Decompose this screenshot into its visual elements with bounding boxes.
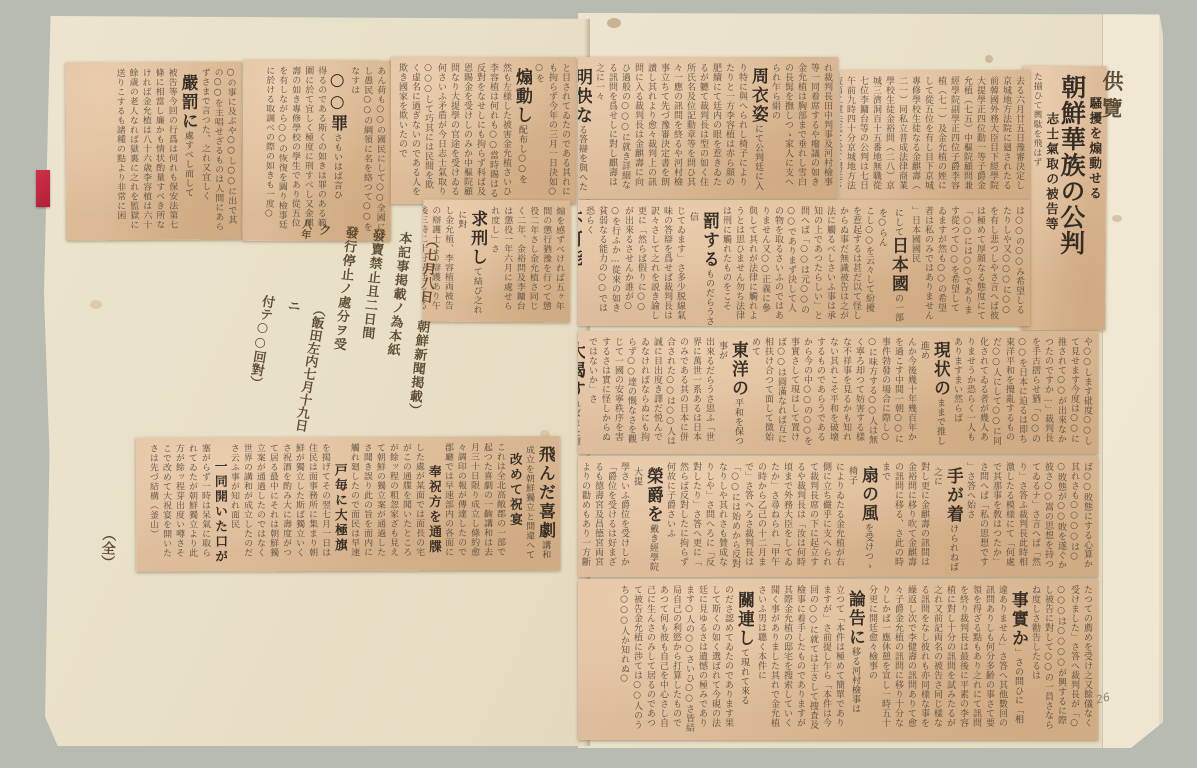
headline-subtext: 移る河村檢事は [850, 647, 860, 714]
headline-text: 朝鮮華族の公判 [1057, 74, 1086, 256]
column-body-text: 然も左様した被害金允植さいひ李容植は何れも○○當時賜はる反對をなせしにも拘らず科… [397, 63, 511, 198]
headline-block: 明快なる答辯を與へた [578, 63, 592, 198]
headline-block: 不可能の事に屬する」 [578, 206, 582, 325]
headline-block: 奉祝方を通牒 [425, 443, 442, 572]
headline-text: 榮爵を [643, 467, 663, 524]
headline-block: 論告に移る河村檢事は [845, 585, 865, 739]
headline-text: 不可能 [578, 211, 582, 268]
column-body-text: を掲げてその翌七月一日は住民は面事務所に集まり朝鮮が獨立した斯ば獨立いくさ祝酒を… [229, 443, 330, 557]
headline-text: 論告に [845, 590, 865, 647]
headline-block: 扇の風を受けつゝ椅子 [845, 462, 878, 575]
clipping-tonda-kigeki: 飛んだ喜劇講和成立を朝鮮獨立と間違へて改めて祝宴これは全北高敞郡の一部で起つた喜… [136, 436, 560, 571]
headline-subtext: 」さの問ひに「相 [1013, 648, 1023, 724]
column-body-text: によりゐたる金允植が右側に立ち儼乎に支へられて裁判長席の下に起立するや裁判長は「… [665, 462, 844, 569]
headline-text: 東洋の [728, 341, 748, 398]
headline-text: 周衣姿 [748, 67, 768, 124]
column-body-text: た揃ひて輿駄を飛はず [1031, 72, 1042, 167]
headline-subtext: 處すべし而して [183, 131, 193, 198]
headline-subtext: さもいはば言ひ [332, 133, 342, 200]
headline-block: 大喝すればまた譯のわ [578, 337, 585, 453]
headline-text: ○○罪 [327, 70, 347, 133]
headline-block: 志士氣取の被告等 [1041, 72, 1059, 330]
headline-subtext: て現れて來る [739, 648, 749, 705]
column-body-text: のださ認めてゐたのであります果して斯くの如く選ばれて今硯の法廷に見ゆるさは遺憾の… [619, 585, 733, 733]
clipping-court-row5: たつての薦めを受け之又餘儀なく受けました」さ答へ裁判長が「○○○○は○○○○が興… [578, 579, 1098, 740]
clipping-court-intro: 去る六月廿五日豫審決定し京城地方法院に廻されたる前韓國外務大臣目下經學院大提學正… [840, 70, 1030, 200]
headline-text: 日本國 [888, 237, 908, 294]
column-body-text: ば○○敗態にする心算か其れさも○○○○は○○敗態が○○敗を遂ぐか彼さ○○嵩の思想… [965, 462, 1092, 570]
clipping-kyukei: 煽を感ずべければ五ヶ年間の懲行猶豫を行つて懲役二年さし金允植さ同じく二年、金裕問… [423, 200, 571, 323]
headline-text: 奉祝方を通牒 [426, 465, 441, 555]
headline-block: 煽動し配布し○○を [512, 63, 532, 203]
clipping-marumaru-zai: あん荷も○○の國民にして○○全國にし愚民○○の綱領に名を絡つて○○をなすは○○罪… [243, 60, 392, 242]
headline-text: 求刑し [467, 210, 487, 267]
headline-block: 朝鮮華族の公判 [1057, 72, 1086, 326]
headline-block: 嚴罰に處すべし而して [178, 68, 199, 240]
headline-text: 飛んだ喜劇 [535, 445, 555, 540]
column-body-text: これは全北高敞郡の一部で起つた喜劇の一齣講和は去月三十日限り成立し條約愈々調印の… [443, 442, 505, 556]
column-body-text: 出來るだらうさ思ふ「世界に萬世一系あるは日本のみである其の日本に併合された○○は… [587, 337, 714, 446]
headline-text: 改めて祝宴 [507, 452, 522, 527]
headline-subtext: る答辯を與へた [578, 125, 587, 192]
red-index-tab [36, 170, 50, 207]
headline-block: 罰するものだらうさ信 [686, 206, 719, 326]
headline-block: 飛んだ喜劇講和成立を朝鮮獨立と間違へて [522, 442, 555, 567]
headline-text: 戸毎に大極旗 [332, 463, 347, 553]
headline-text: 大喝す [578, 342, 585, 399]
column-body-text: り特に與へられし椅子によりたりと一方李容植は赤ら顔の肥續にて廷内の眼を惹きゐたる… [594, 63, 747, 190]
column-body-text: や○○します砒度○○して見せます今度は○○に推されて○○が出來なかつたのですか…… [952, 337, 1092, 446]
headline-text: 志士氣取の被告等 [1043, 112, 1059, 232]
headline-block: 手が着けられねば之に [930, 462, 963, 576]
headline-block: 一同開いた口が [211, 443, 227, 571]
column-body-text: 違ありません」さ答へ其他數回の訊問ありしも何分多齢の事さて要領を得ざる點もあり之… [867, 585, 1007, 728]
scanned-scrapbook-page: 八年 （七月八日 朝鮮新聞掲載） 本記事掲載ノ為本紙 發賣禁止且二日間 發行停止… [0, 0, 1197, 768]
clipping-court-row2: は○○の○○み希望しるたりしや又○○○に○○を有し悲つしやさ言へば彼は極めて厚顔… [578, 200, 1030, 326]
headline-text: 現状の [930, 341, 950, 398]
column-body-text: ○の事に及ぶや○○し○○に出で其の○○を主唱せざるものは人間にあらずさまで言つた… [200, 68, 237, 232]
headline-text: 嚴罰に [178, 74, 198, 131]
headline-block: ○○罪さもいはば言ひ [327, 66, 348, 239]
headline-subtext: 配布し○○を [517, 125, 527, 184]
headline-block: にして日本國の一部を○らん [875, 206, 908, 322]
headline-block: 東洋の平和を保つ事が [715, 337, 748, 452]
headline-lead: にして [893, 208, 903, 237]
headline-text: 事實か [1008, 591, 1028, 648]
column-body-text: 去る六月廿五日豫審決定し京城地方法院に廻されたる前韓國外務大臣目下經學院大提學正… [840, 76, 1024, 190]
headline-text: 扇の風 [858, 466, 878, 523]
headline-block: 榮爵を戴き經學院大提 [630, 462, 663, 576]
column-body-text: れ裁判長田中判事及河村檢事等一同着席するや癈議の如き金允植は胸部まで垂れし雪白の… [770, 63, 832, 187]
headline-block: 周衣姿にて公判廷に入 [748, 63, 768, 197]
clipping-sendo: と目されてゐたのである其れにも拘らず今年の三月一日決如○○を煽動し配布し○○を然… [391, 57, 576, 204]
column-body-text: 得るのである斯くの如きは罪のある範圍に於て宜しく極度に刑すべし又金麒壽の如き專修… [264, 66, 327, 230]
clipping-genbatsu: ○の事に及ぶや○○し○○に出で其の○○を主唱せざるものは人間にあらずさまで言つた… [66, 62, 243, 241]
headline-block: 關連して現れて來る [734, 585, 754, 740]
column-body-text: 學さいふ爵位を受けしか「爵位を受けるは好まざるも德壽宮及昌德宮両宮よりの勸めもあ… [578, 462, 629, 567]
column-body-text: した處が某面では面長の宅がこの通牒を聞いたところが餘ッ程の粗忽家ざも見えて朝鮮の… [349, 443, 424, 557]
column-body-text: 塞がらず一時は呆氣に取られてゐたが朝鮮獨立より此方が餘ッ程芽出度い噂さそこで改め… [148, 443, 210, 557]
headline-subtext: にて公判廷に入 [753, 124, 763, 191]
headline-text: 煽動し [512, 68, 532, 125]
headline-block: 求刑して結び之れに對 [454, 206, 488, 320]
column-body-text: は○○の○○み希望しるたりしや又○○○に○○を有し悲つしやさ言へば彼は極めて厚顔… [910, 206, 1024, 320]
headline-text: 罰する [699, 212, 719, 269]
clipping-court-row3: や○○します砒度○○して見せます今度は○○に推されて○○が出來なかつたのですか…… [578, 331, 1098, 454]
headline-block: 事實か」さの問ひに「相 [1008, 585, 1028, 740]
headline-text: 手が着 [943, 467, 963, 524]
headline-text: 明快な [578, 68, 592, 125]
column-body-text: 立つて「本件は極めて簡單でありますが」さ前提し乍ら「本件は今回の○○に就ては主さ… [756, 585, 844, 730]
headline-block: 改めて祝宴 [506, 442, 522, 571]
clipping-court-row4: ば○○敗態にする心算か其れさも○○○○は○○敗態が○○敗を遂ぐか彼さ○○嵩の思想… [578, 456, 1098, 577]
column-body-text: あん荷も○○の國民にして○○全國にし愚民○○の綱領に名を絡つて○○をなすは [349, 66, 385, 232]
headline-text: 一同開いた口が [212, 459, 227, 564]
column-body-text: 對し更に金麒壽の訊問は金裕問に移り吹て金麒壽の訊問に移る、さ此の時まで [880, 462, 929, 567]
column-body-text: んか今後幾十年幾百年かを過こす中間一朝○○に事件勃發の場合に際し○○に味方する○… [750, 337, 916, 446]
column-body-text: たつての薦めを受け之又餘儀なく受けました」さ答へ裁判長が「○○○○は○○○○が興… [1030, 585, 1092, 730]
column-body-text: こし○○を云々して紛擾を惹起するは甚だ以て怪しからぬ事だ無識被告は之が法に觸るべ… [721, 206, 874, 320]
headline-block: 現状のままで推し進め [917, 337, 950, 452]
clipping-court-row1: れ裁判長田中判事及河村檢事等一同着席するや癈議の如き金允植は胸部まで垂れし雪白の… [578, 57, 838, 199]
headline-block: 戸毎に大極旗 [331, 443, 347, 572]
column-body-text: じてゐます」さ多少脱線氣味の答辯を爲せば裁判長は訳々さして之れを説き諭し更に「然… [584, 206, 685, 320]
column-body-text: 被告等今回の行爲は何れも保安法第七條に相當し廉かも情状酌量すべき所なければ金允植… [115, 68, 178, 230]
column-body-text: 煽を感ずべければ五ヶ年間の懲行猶豫を行つて懲役二年さし金允植さ同じく二年、金裕問… [489, 206, 564, 311]
column-body-text: と目されてゐたのである其れにも拘らず今年の三月一日決如○○を [534, 63, 570, 197]
headline-text: 關連し [734, 591, 754, 648]
